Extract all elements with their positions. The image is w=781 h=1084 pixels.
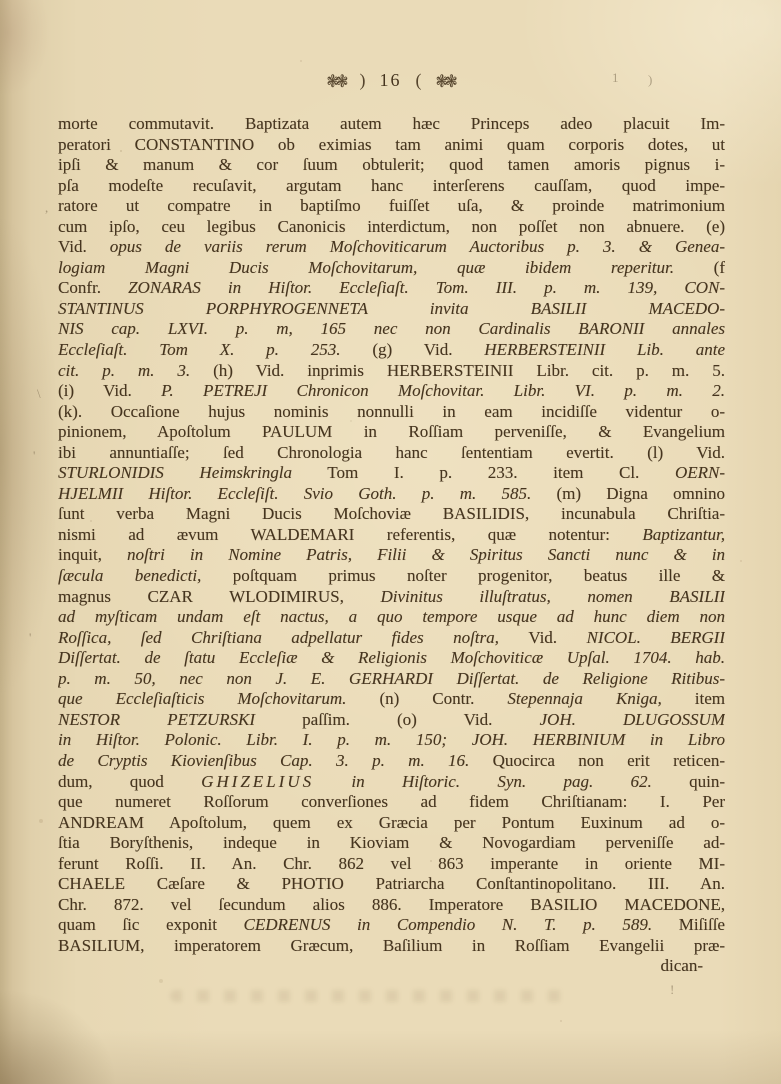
roman-text: magnus CZAR WLODIMIRUS,: [58, 587, 380, 606]
roman-text: (f: [674, 258, 725, 277]
italic-text: Diſſertat. de ſtatu Eccleſiæ & Religioni…: [58, 648, 725, 667]
text-line: inquit, noſtri in Nomine Patris, Filii &…: [58, 545, 725, 566]
floral-ornament-icon: ❃❃: [326, 70, 345, 91]
italic-text: que Eccleſiaſticis Moſchovitarum.: [58, 689, 346, 708]
catchword: dican-: [661, 956, 703, 975]
roman-text: dum, quod: [58, 772, 201, 791]
text-line: p. m. 50, nec non J. E. GERHARDI Diſſert…: [58, 669, 725, 690]
roman-text: (i) Vid.: [58, 381, 161, 400]
text-line: morte commutavit. Baptizata autem hæc Pr…: [58, 114, 725, 135]
text-line: logiam Magni Ducis Moſchovitarum, quæ ib…: [58, 258, 725, 279]
text-line: Chr. 872. vel ſecundum alios 886. Impera…: [58, 895, 725, 916]
text-line: ad myſticam undam eſt nactus, a quo temp…: [58, 607, 725, 628]
text-line: pſa modeſte recuſavit, argutam hanc inte…: [58, 176, 725, 197]
text-line: que numeret Roſſorum converſiones ad fid…: [58, 792, 725, 813]
italic-text: HERBERSTEINII Lib. ante: [484, 340, 725, 359]
roman-text: ipſi & manum & cor ſuum obtulerit; quod …: [58, 155, 725, 174]
text-line: ſæcula benedicti, poſtquam primus noſter…: [58, 566, 725, 587]
roman-text: ſtia Boryſthenis, indeque in Kioviam & N…: [58, 833, 725, 852]
roman-text: cum ipſo, ceu legibus Canonicis interdic…: [58, 217, 725, 236]
italic-text: in Hiſtor. Polonic. Libr. I. p. m. 150; …: [58, 730, 725, 749]
italic-text: logiam Magni Ducis Moſchovitarum, quæ ib…: [58, 258, 674, 277]
italic-text: Baptizantur,: [642, 525, 725, 544]
italic-text: NICOL. BERGII: [587, 628, 726, 647]
text-line: STANTINUS PORPHYROGENNETA invita BASILII…: [58, 299, 725, 320]
roman-text: morte commutavit. Baptizata autem hæc Pr…: [58, 114, 725, 133]
italic-text: Stepennaja Kniga,: [507, 689, 661, 708]
italic-text: ZONARAS in Hiſtor. Eccleſiaſt. Tom. III.…: [128, 278, 725, 297]
roman-text: ratore ut compatre in baptiſmo fuiſſet u…: [58, 196, 725, 215]
italic-text: CEDRENUS in Compendio N. T. p. 589.: [244, 915, 679, 934]
italic-text: p. m. 50, nec non J. E. GERHARDI Diſſert…: [58, 669, 725, 688]
italic-text: ad myſticam undam eſt nactus, a quo temp…: [58, 607, 725, 626]
roman-text: Confr.: [58, 278, 128, 297]
header-close-bracket: (: [416, 70, 422, 91]
floral-ornament-icon: ❃❃: [436, 70, 455, 91]
roman-text: (k). Occaſione hujus nominis nonnulli in…: [58, 402, 725, 421]
roman-text: pſa modeſte recuſavit, argutam hanc inte…: [58, 176, 725, 195]
text-line: ibi annuntiaſſe; ſed Chronologia hanc ſe…: [58, 443, 725, 464]
roman-text: (n) Contr.: [346, 689, 507, 708]
italic-text: Eccleſiaſt. Tom X. p. 253.: [58, 340, 341, 359]
text-line: cum ipſo, ceu legibus Canonicis interdic…: [58, 217, 725, 238]
text-line: peratori CONSTANTINO ob eximias tam anim…: [58, 135, 725, 156]
roman-text: (h) Vid. inprimis HERBERSTEINII Libr. ci…: [190, 361, 725, 380]
page-number: 16: [380, 70, 402, 91]
text-line: ANDREAM Apoſtolum, quem ex Græcia per Po…: [58, 813, 725, 834]
roman-text: ferunt Roſſi. II. An. Chr. 862 vel 863 i…: [58, 854, 725, 873]
roman-text: peratori CONSTANTINO ob eximias tam anim…: [58, 135, 725, 154]
roman-text: Miſiſſe: [679, 915, 725, 934]
roman-text: CHAELE Cæſare & PHOTIO Patriarcha Conſta…: [58, 874, 725, 893]
ink-speck: ': [29, 630, 31, 646]
text-line: cit. p. m. 3. (h) Vid. inprimis HERBERST…: [58, 361, 725, 382]
ink-speck: ': [33, 448, 35, 464]
ink-speck: !: [670, 982, 674, 998]
text-line: ſunt verba Magni Ducis Moſchoviæ BASILID…: [58, 504, 725, 525]
italic-text: de Cryptis Kiovienſibus Cap. 3. p. m. 16…: [58, 751, 493, 770]
roman-text: ANDREAM Apoſtolum, quem ex Græcia per Po…: [58, 813, 725, 832]
ink-speck: \: [37, 386, 41, 402]
roman-text: item: [662, 689, 725, 708]
text-line: (k). Occaſione hujus nominis nonnulli in…: [58, 402, 725, 423]
text-block: morte commutavit. Baptizata autem hæc Pr…: [58, 114, 725, 956]
show-through-smudge: [170, 990, 570, 1002]
roman-text: paſſim. (o) Vid.: [255, 710, 539, 729]
ink-speck: ,: [45, 200, 48, 216]
catchword-row: dican-: [58, 956, 703, 976]
page-header: ❃❃ ) 16 ( ❃❃: [0, 70, 781, 91]
italic-text: NIS cap. LXVI. p. m, 165 nec non Cardina…: [58, 319, 725, 338]
roman-text: pinionem, Apoſtolum PAULUM in Roſſiam pe…: [58, 422, 725, 441]
header-open-bracket: ): [360, 70, 366, 91]
roman-text: BASILIUM, imperatorem Græcum, Baſilium i…: [58, 936, 725, 955]
text-line: Roſſica, ſed Chriſtiana adpellatur fides…: [58, 628, 725, 649]
text-line: Confr. ZONARAS in Hiſtor. Eccleſiaſt. To…: [58, 278, 725, 299]
book-page: ❃❃ ) 16 ( ❃❃ morte commutavit. Baptizata…: [0, 0, 781, 1084]
roman-text: que numeret Roſſorum converſiones ad fid…: [58, 792, 725, 811]
italic-text: HJELMII Hiſtor. Eccleſiſt. Svio Goth. p.…: [58, 484, 531, 503]
text-line: NIS cap. LXVI. p. m, 165 nec non Cardina…: [58, 319, 725, 340]
text-line: pinionem, Apoſtolum PAULUM in Roſſiam pe…: [58, 422, 725, 443]
italic-text: Divinitus illuſtratus, nomen BASILII: [380, 587, 725, 606]
text-line: Eccleſiaſt. Tom X. p. 253. (g) Vid. HERB…: [58, 340, 725, 361]
italic-text: OERN-: [675, 463, 725, 482]
roman-text: poſtquam primus noſter progenitor, beatu…: [233, 566, 725, 585]
italic-text: ſæcula benedicti,: [58, 566, 233, 585]
text-line: STURLONIDIS Heimskringla Tom I. p. 233. …: [58, 463, 725, 484]
roman-text: Chr. 872. vel ſecundum alios 886. Impera…: [58, 895, 725, 914]
italic-text: P. PETREJI Chronicon Moſchovitar. Libr. …: [161, 381, 725, 400]
text-line: nismi ad ævum WALDEMARI referentis, quæ …: [58, 525, 725, 546]
roman-text: ibi annuntiaſſe; ſed Chronologia hanc ſe…: [58, 443, 725, 462]
text-line: HJELMII Hiſtor. Eccleſiſt. Svio Goth. p.…: [58, 484, 725, 505]
roman-text: quin-: [689, 772, 725, 791]
roman-text: (g) Vid.: [341, 340, 485, 359]
text-line: ipſi & manum & cor ſuum obtulerit; quod …: [58, 155, 725, 176]
text-line: Vid. opus de variis rerum Moſchoviticaru…: [58, 237, 725, 258]
text-line: magnus CZAR WLODIMIRUS, Divinitus illuſt…: [58, 587, 725, 608]
italic-text: noſtri in Nomine Patris, Filii & Spiritu…: [127, 545, 725, 564]
roman-text: (m) Digna omnino: [531, 484, 725, 503]
text-line: quam ſic exponit CEDRENUS in Compendio N…: [58, 915, 725, 936]
italic-text: NESTOR PETZURSKI: [58, 710, 255, 729]
italic-text: STANTINUS PORPHYROGENNETA invita BASILII…: [58, 299, 725, 318]
italic-text: in Hiſtoric. Syn. pag. 62.: [314, 772, 689, 791]
text-line: Diſſertat. de ſtatu Eccleſiæ & Religioni…: [58, 648, 725, 669]
text-line: ratore ut compatre in baptiſmo fuiſſet u…: [58, 196, 725, 217]
text-line: dum, quod GHIZELIUS in Hiſtoric. Syn. pa…: [58, 772, 725, 793]
italic-text: opus de variis rerum Moſchoviticarum Auc…: [110, 237, 725, 256]
roman-text: quam ſic exponit: [58, 915, 244, 934]
roman-text: inquit,: [58, 545, 127, 564]
text-line: ferunt Roſſi. II. An. Chr. 862 vel 863 i…: [58, 854, 725, 875]
italic-text: Roſſica, ſed Chriſtiana adpellatur fides…: [58, 628, 528, 647]
paper-grain: [0, 0, 2, 2]
text-line: que Eccleſiaſticis Moſchovitarum. (n) Co…: [58, 689, 725, 710]
italic-text: cit. p. m. 3.: [58, 361, 190, 380]
italic-text: STURLONIDIS Heimskringla: [58, 463, 292, 482]
roman-text: Vid.: [528, 628, 586, 647]
text-line: ſtia Boryſthenis, indeque in Kioviam & N…: [58, 833, 725, 854]
text-line: in Hiſtor. Polonic. Libr. I. p. m. 150; …: [58, 730, 725, 751]
text-line: BASILIUM, imperatorem Græcum, Baſilium i…: [58, 936, 725, 957]
roman-text: Quocirca non erit reticen-: [493, 751, 725, 770]
text-line: de Cryptis Kiovienſibus Cap. 3. p. m. 16…: [58, 751, 725, 772]
roman-text: nismi ad ævum WALDEMARI referentis, quæ …: [58, 525, 642, 544]
roman-text: Tom I. p. 233. item Cl.: [292, 463, 675, 482]
text-line: NESTOR PETZURSKI paſſim. (o) Vid. JOH. D…: [58, 710, 725, 731]
roman-text: Vid.: [58, 237, 110, 256]
text-line: (i) Vid. P. PETREJI Chronicon Moſchovita…: [58, 381, 725, 402]
roman-text: ſunt verba Magni Ducis Moſchoviæ BASILID…: [58, 504, 725, 523]
italic-text: GHIZELIUS: [201, 772, 314, 791]
text-line: CHAELE Cæſare & PHOTIO Patriarcha Conſta…: [58, 874, 725, 895]
italic-text: JOH. DLUGOSSUM: [540, 710, 726, 729]
